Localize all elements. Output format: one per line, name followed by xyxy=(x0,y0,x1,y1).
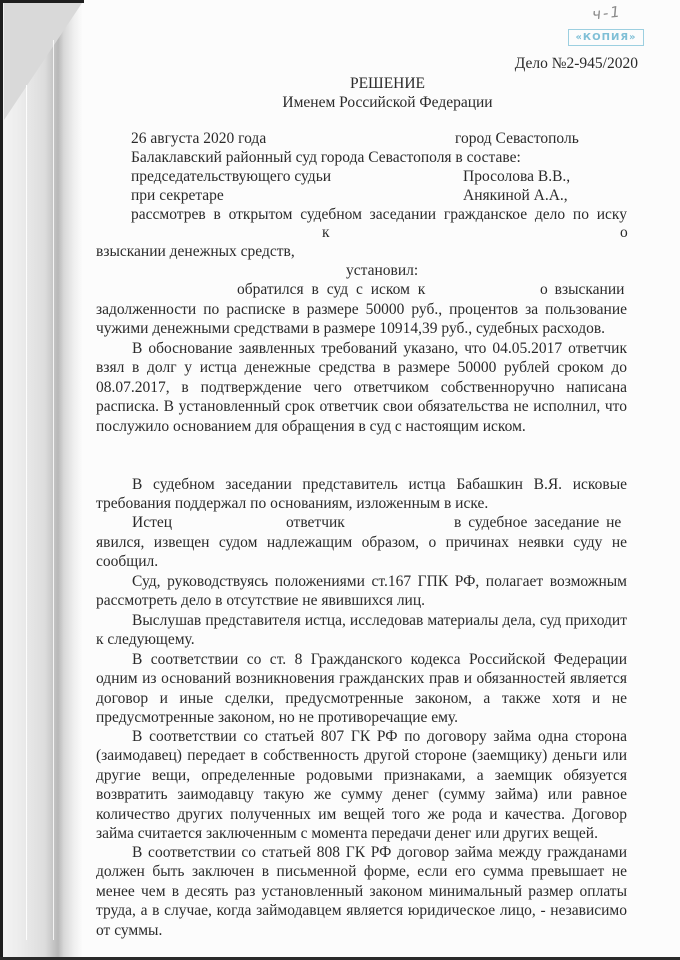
document-page: ч-1 «КОПИЯ» Дело №2-945/2020 РЕШЕНИЕ Име… xyxy=(0,0,680,960)
case-subject: взыскании денежных средств, xyxy=(96,243,295,261)
scan-border xyxy=(0,0,84,3)
paragraph-art808: В соответствии со статьей 808 ГК РФ дого… xyxy=(96,843,627,940)
scan-line xyxy=(53,40,54,940)
secretary-label: при секретаре xyxy=(131,187,224,205)
plaintiff-label: Истец xyxy=(132,514,172,532)
defendant-label: ответчик xyxy=(286,514,345,532)
paragraph-claim: задолженности по расписке в размере 5000… xyxy=(96,300,627,339)
decision-date: 26 августа 2020 года xyxy=(131,130,266,148)
paragraph-grounds: В обоснование заявленных требований указ… xyxy=(96,339,627,436)
considering-line: рассмотрев в открытом судебном заседании… xyxy=(131,205,627,224)
document-subtitle: Именем Российской Федерации xyxy=(0,94,680,112)
decision-city: город Севастополь xyxy=(455,130,579,148)
scan-border xyxy=(0,0,3,960)
paragraph-art8: В соответствии со ст. 8 Гражданского код… xyxy=(96,650,627,728)
claim-lead: обратился в суд с иском к xyxy=(237,281,425,299)
court-name: Балаклавский районный суд города Севасто… xyxy=(131,149,521,167)
about-o: о xyxy=(620,224,628,242)
scan-edge-shadow xyxy=(0,0,82,960)
case-number: Дело №2-945/2020 xyxy=(515,55,638,73)
handwritten-page-mark: ч-1 xyxy=(591,2,623,23)
paragraph-hearing: В судебном заседании представитель истца… xyxy=(96,475,627,514)
document-title: РЕШЕНИЕ xyxy=(0,75,680,93)
judge-label: председательствующего судьи xyxy=(131,168,331,186)
claim-lead-end: о взыскании xyxy=(540,281,624,299)
paragraph-art167: Суд, руководствуясь положениями ст.167 Г… xyxy=(96,572,627,611)
paragraph-art807: В соответствии со статьей 807 ГК РФ по д… xyxy=(96,727,627,843)
established-heading: установил: xyxy=(346,262,418,280)
against-k: к xyxy=(322,224,330,242)
secretary-name: Анякиной А.А., xyxy=(463,187,568,205)
judge-name: Просолова В.В., xyxy=(463,168,570,186)
copy-stamp: «КОПИЯ» xyxy=(568,29,644,46)
absence-lead: в судебное заседание не xyxy=(454,514,621,532)
scan-line xyxy=(26,85,27,940)
paragraph-conclusion-intro: Выслушав представителя истца, исследовав… xyxy=(96,611,627,650)
paragraph-absence: явился, извещен судом надлежащим образом… xyxy=(96,533,627,572)
